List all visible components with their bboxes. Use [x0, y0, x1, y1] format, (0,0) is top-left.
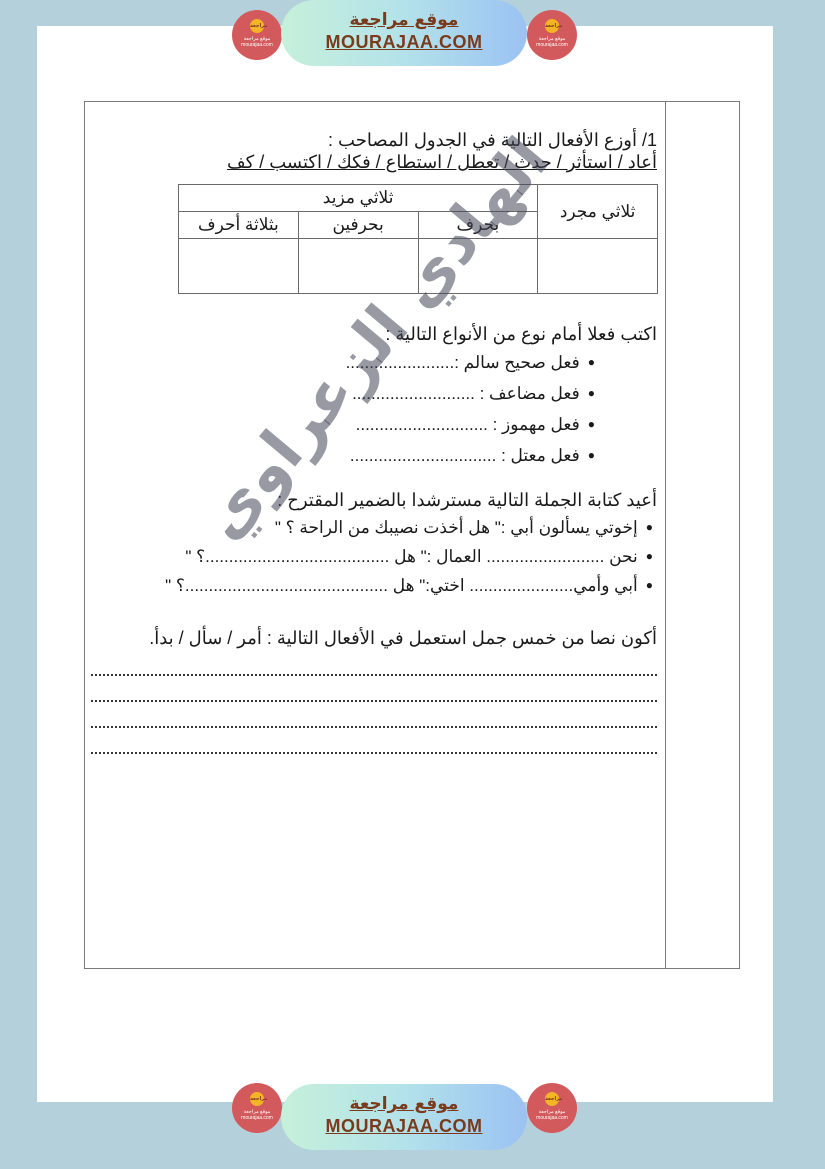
list-item: فعل مهموز : ............................: [346, 410, 595, 441]
question-1-verbs: أعاد / استأثر / حدث / تعطل / استطاع / فك…: [227, 152, 657, 173]
banner-site-name: MOURAJAA.COM: [281, 31, 527, 53]
logo-badge-icon: مراجعة: [250, 1092, 264, 1106]
site-banner-bottom[interactable]: موقع مراجعة MOURAJAA.COM: [281, 1084, 527, 1150]
answer-line[interactable]: [91, 700, 657, 702]
header-two-letters: بحرفين: [298, 212, 418, 239]
answer-line[interactable]: [91, 726, 657, 728]
worksheet-frame: 1/ أوزع الأفعال التالية في الجدول المصاح…: [84, 101, 740, 969]
site-logo-left[interactable]: مراجعة موقع مراجعة mourajaa.com: [232, 10, 282, 60]
answer-line[interactable]: [91, 752, 657, 754]
answer-cell-mujarrad[interactable]: [538, 239, 658, 294]
answer-line[interactable]: [91, 674, 657, 676]
banner-site-name: MOURAJAA.COM: [281, 1115, 527, 1137]
list-item: أبي وأمي...................... اختي:" هل…: [165, 572, 653, 601]
question-4-title: أكون نصا من خمس جمل استعمل في الأفعال ال…: [149, 628, 657, 649]
logo-text-en: mourajaa.com: [527, 42, 577, 48]
header-three-letters: بثلاثة أحرف: [179, 212, 299, 239]
site-logo-right-bottom[interactable]: مراجعة موقع مراجعة mourajaa.com: [527, 1083, 577, 1133]
list-item: فعل معتل : .............................…: [346, 441, 595, 472]
logo-badge-icon: مراجعة: [545, 19, 559, 33]
logo-text-en: mourajaa.com: [527, 1115, 577, 1121]
site-logo-right[interactable]: مراجعة موقع مراجعة mourajaa.com: [527, 10, 577, 60]
site-logo-left-bottom[interactable]: مراجعة موقع مراجعة mourajaa.com: [232, 1083, 282, 1133]
margin-divider: [665, 102, 666, 968]
header-mujarrad: ثلاثي مجرد: [538, 185, 658, 239]
logo-text-en: mourajaa.com: [232, 42, 282, 48]
banner-arabic-title: موقع مراجعة: [281, 1093, 527, 1115]
worksheet-content: 1/ أوزع الأفعال التالية في الجدول المصاح…: [85, 102, 665, 968]
answer-cell-three-letters[interactable]: [179, 239, 299, 294]
logo-badge-icon: مراجعة: [250, 19, 264, 33]
question-3-title: أعيد كتابة الجملة التالية مسترشدا بالضمي…: [277, 490, 657, 511]
logo-badge-icon: مراجعة: [545, 1092, 559, 1106]
banner-arabic-title: موقع مراجعة: [281, 9, 527, 31]
site-banner-top[interactable]: موقع مراجعة MOURAJAA.COM: [281, 0, 527, 66]
logo-text-en: mourajaa.com: [232, 1115, 282, 1121]
